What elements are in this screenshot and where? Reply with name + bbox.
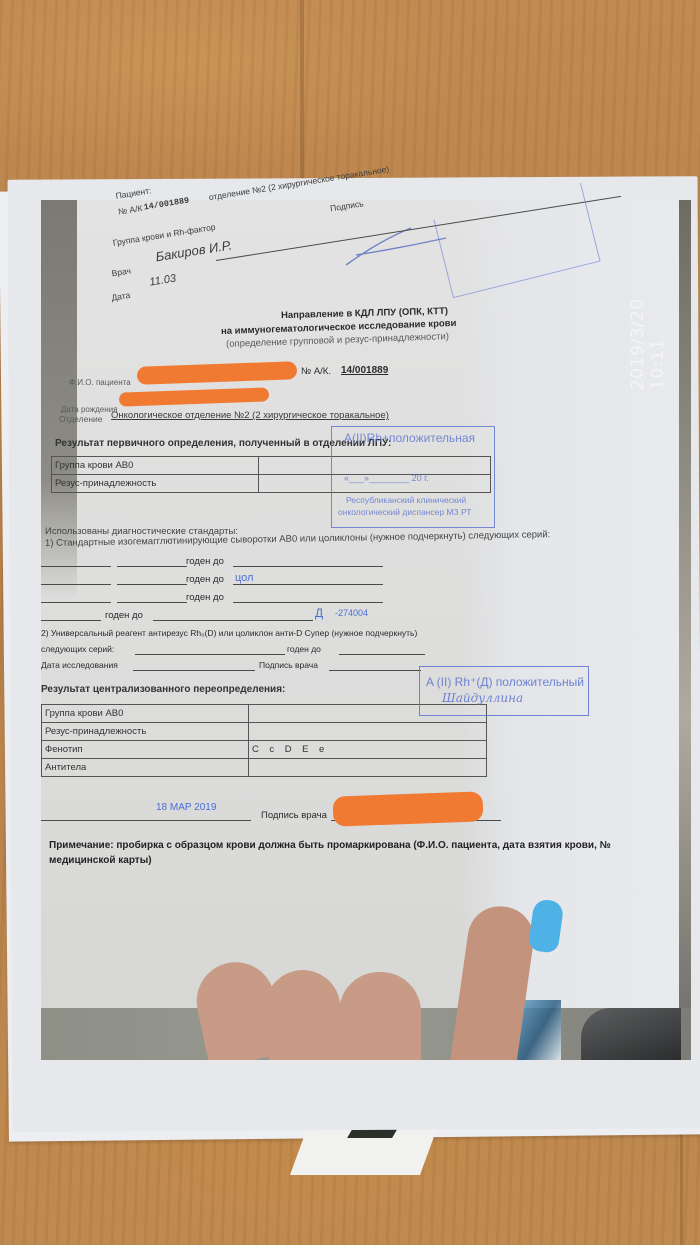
- table-wood-seam: [300, 0, 304, 180]
- referral-form: Пациент: № А/К 14/001889 отделение №2 (2…: [41, 200, 691, 1060]
- lab-stamp-central: A (II) Rh⁺(Д) положительный Шайдуллина: [419, 666, 589, 716]
- table-row: Резус-принадлежность: [42, 723, 487, 741]
- table-cell-value: [249, 759, 487, 777]
- prev-ak-label: № А/К: [117, 203, 143, 217]
- stamp-institution-line1: Республиканский клинический: [346, 495, 466, 505]
- photo-timestamp: 2019/3/20 10:11: [628, 298, 668, 390]
- table-cell-label: Резус-принадлежность: [42, 723, 249, 741]
- redaction-patient-name: [137, 361, 298, 385]
- stamp-handwritten-name: Шайдуллина: [442, 691, 523, 705]
- table-cell-label: Резус-принадлежность: [52, 475, 259, 493]
- study-date-label: Дата исследования: [41, 660, 118, 670]
- blank-line: [233, 602, 383, 603]
- note-text: Примечание: пробирка с образцом крови до…: [49, 838, 649, 868]
- valid-until-label: годен до: [105, 610, 143, 621]
- blank-line: [117, 584, 187, 585]
- table-cell-label: Фенотип: [42, 741, 249, 759]
- department-label: Отделение: [59, 414, 102, 424]
- standards-item-2: 2) Универсальный реагент антирезус Rh₀(D…: [41, 628, 417, 638]
- blank-line: [339, 654, 425, 655]
- valid-until-label: годен до: [186, 574, 224, 585]
- series-handwriting: цол: [235, 572, 253, 584]
- prev-date-handwriting: 11.03: [149, 273, 177, 289]
- blank-line: [233, 584, 383, 585]
- central-result-heading: Результат централизованного переопределе…: [41, 684, 285, 695]
- department-value: Онкологическое отделение №2 (2 хирургиче…: [111, 410, 389, 421]
- table-cell-value: C c D E e: [249, 741, 487, 759]
- stamp-institution-line2: онкологический диспансер МЗ РТ: [338, 507, 472, 517]
- lab-stamp-primary: А(II)Rh+положительная «___»________ 20 г…: [331, 426, 495, 528]
- table-cell-label: Антитела: [42, 759, 249, 777]
- stamp-date-blank: «___»________ 20 г.: [344, 473, 429, 483]
- series-label: следующих серий:: [41, 644, 114, 654]
- redaction-birth-date: [119, 387, 269, 406]
- series-stamp-letter: Д: [315, 606, 323, 620]
- series-number: -274004: [335, 608, 368, 618]
- birthdate-label: Дата рождения: [61, 405, 117, 414]
- table-cell-value: [249, 723, 487, 741]
- ak-label: № А/К.: [301, 366, 331, 377]
- blank-line: [41, 620, 101, 621]
- blank-line: [329, 670, 421, 671]
- table-cell-label: Группа крови АВ0: [42, 705, 249, 723]
- final-signature-label: Подпись врача: [261, 810, 327, 821]
- stamp-result-text: А(II)Rh+положительная: [344, 431, 475, 445]
- valid-until-label: годен до: [186, 592, 224, 603]
- prev-department: отделение №2 (2 хирургическое торакально…: [208, 164, 390, 202]
- blank-line: [135, 654, 285, 655]
- prev-signature-label: Подпись: [329, 198, 364, 213]
- blank-line: [117, 566, 187, 567]
- valid-until-label: годен до: [186, 556, 224, 567]
- table-row: Антитела: [42, 759, 487, 777]
- table-cell-label: Группа крови АВ0: [52, 457, 259, 475]
- prev-date-label: Дата: [111, 290, 131, 303]
- date-stamp: 18 MAP 2019: [156, 802, 216, 813]
- blank-line: [233, 566, 383, 567]
- table-row: ФенотипC c D E e: [42, 741, 487, 759]
- prev-doctor-handwriting: Бакиров И.Р.: [154, 237, 232, 264]
- blank-line: [41, 602, 111, 603]
- blank-line: [41, 584, 111, 585]
- stamp-central-result: A (II) Rh⁺(Д) положительный: [426, 675, 584, 689]
- blank-line: [133, 670, 255, 671]
- blank-line: [117, 602, 187, 603]
- redaction-doctor-signature: [333, 791, 484, 826]
- ak-number: 14/001889: [341, 365, 388, 376]
- blank-line: [41, 566, 111, 567]
- prev-doctor-label: Врач: [111, 265, 132, 278]
- blank-line: [153, 620, 313, 621]
- valid-until-label: годен до: [287, 644, 321, 654]
- prev-ak-value: 14/001889: [143, 195, 190, 212]
- doctor-signature-label: Подпись врача: [259, 660, 318, 670]
- blank-line: [41, 820, 251, 821]
- patient-name-label: Ф.И.О. пациента: [69, 378, 131, 387]
